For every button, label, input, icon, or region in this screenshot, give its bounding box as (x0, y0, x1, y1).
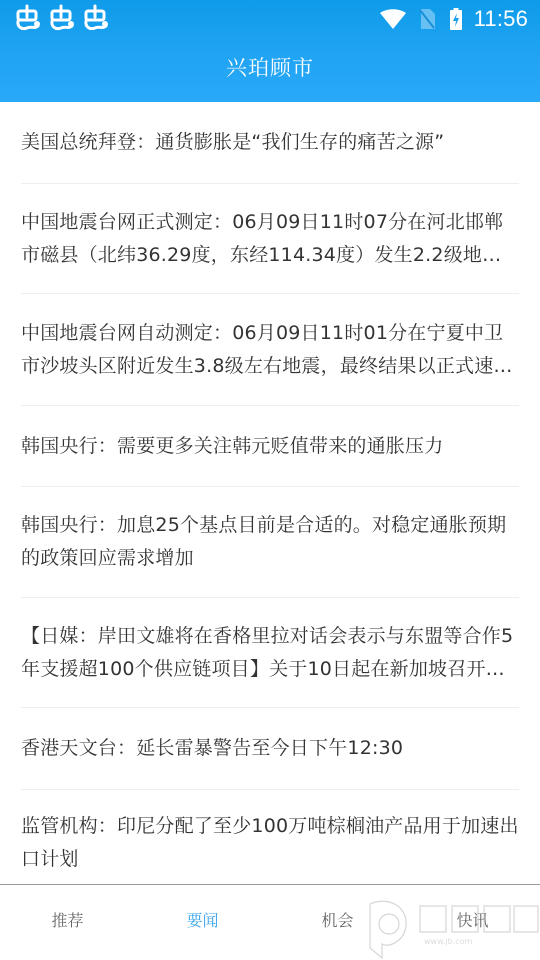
bug-icon (82, 4, 109, 32)
news-item[interactable]: 韩国央行：需要更多关注韩元贬值带来的通胀压力 (21, 406, 519, 487)
news-item[interactable]: 【日媒：岸田文雄将在香格里拉对话会表示与东盟等合作5年支援超100个供应链项目】… (21, 598, 519, 708)
news-headline: 监管机构：印尼分配了至少100万吨棕榈油产品用于加速出口计划 (21, 810, 519, 876)
notification-icons (14, 4, 109, 32)
news-headline: 韩国央行：需要更多关注韩元贬值带来的通胀压力 (21, 430, 519, 463)
news-item[interactable]: 香港天文台：延长雷暴警告至今日下午12:30 (21, 708, 519, 790)
bug-icon (14, 4, 41, 32)
status-bar: 11:56 (0, 0, 540, 38)
tab-opportunities[interactable]: 机会 (270, 885, 405, 960)
news-list[interactable]: 美国总统拜登：通货膨胀是“我们生存的痛苦之源” 中国地震台网正式测定：06月09… (0, 102, 540, 884)
bottom-nav: 推荐 要闻 机会 快讯 (0, 884, 540, 960)
tab-headlines[interactable]: 要闻 (135, 885, 270, 960)
news-item[interactable]: 中国地震台网正式测定：06月09日11时07分在河北邯郸市磁县（北纬36.29度… (21, 184, 519, 294)
app-header: 11:56 兴珀顾市 (0, 0, 540, 102)
news-headline: 【日媒：岸田文雄将在香格里拉对话会表示与东盟等合作5年支援超100个供应链项目】… (21, 620, 519, 686)
news-headline: 香港天文台：延长雷暴警告至今日下午12:30 (21, 732, 519, 765)
battery-charging-icon (450, 8, 462, 30)
news-item[interactable]: 中国地震台网自动测定：06月09日11时01分在宁夏中卫市沙坡头区附近发生3.8… (21, 294, 519, 406)
tab-label: 要闻 (186, 908, 218, 931)
bug-icon (48, 4, 75, 32)
news-headline: 中国地震台网自动测定：06月09日11时01分在宁夏中卫市沙坡头区附近发生3.8… (21, 317, 519, 383)
page-title: 兴珀顾市 (0, 52, 540, 82)
tab-label: 推荐 (51, 908, 83, 931)
news-headline: 美国总统拜登：通货膨胀是“我们生存的痛苦之源” (21, 126, 519, 159)
no-sim-icon (419, 9, 435, 29)
tab-label: 快讯 (456, 908, 488, 931)
news-item[interactable]: 监管机构：印尼分配了至少100万吨棕榈油产品用于加速出口计划 (21, 790, 519, 884)
news-item[interactable]: 美国总统拜登：通货膨胀是“我们生存的痛苦之源” (21, 102, 519, 184)
news-item[interactable]: 韩国央行：加息25个基点目前是合适的。对稳定通胀预期的政策回应需求增加 (21, 487, 519, 598)
wifi-icon (380, 9, 406, 29)
tab-label: 机会 (321, 908, 353, 931)
news-headline: 韩国央行：加息25个基点目前是合适的。对稳定通胀预期的政策回应需求增加 (21, 509, 519, 575)
system-status: 11:56 (380, 6, 528, 32)
tab-recommend[interactable]: 推荐 (0, 885, 135, 960)
news-headline: 中国地震台网正式测定：06月09日11时07分在河北邯郸市磁县（北纬36.29度… (21, 206, 519, 272)
tab-flash-news[interactable]: 快讯 (405, 885, 540, 960)
clock: 11:56 (474, 6, 528, 32)
